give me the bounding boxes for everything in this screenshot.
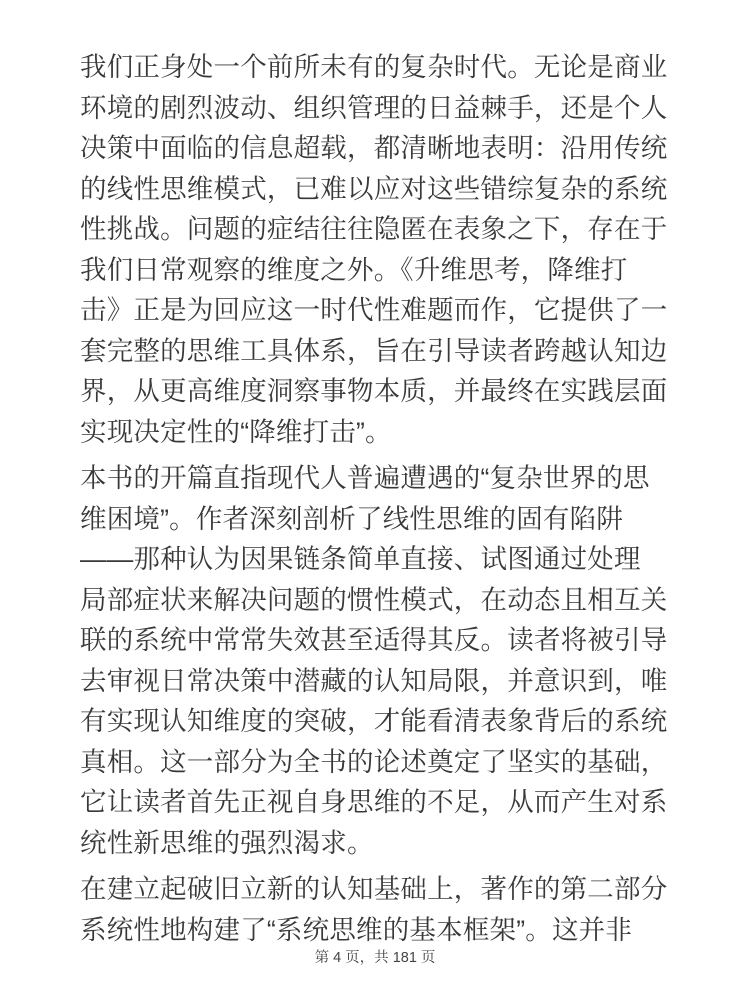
document-page: 我们正身处一个前所未有的复杂时代。无论是商业 环境的剧烈波动、组织管理的日益棘手…: [0, 0, 750, 1000]
page-footer: 第 4 页，共 181 页: [0, 948, 750, 968]
text-line: 我们日常观察的维度之外。《升维思考，降维打: [80, 250, 680, 291]
text-line: 性挑战。问题的症结往往隐匿在表象之下，存在于: [80, 209, 680, 250]
text-line: 实现决定性的“降维打击”。: [80, 412, 680, 453]
text-line: 套完整的思维工具体系，旨在引导读者跨越认知边: [80, 331, 680, 372]
text-line: 环境的剧烈波动、组织管理的日益棘手，还是个人: [80, 88, 680, 129]
document-content: 我们正身处一个前所未有的复杂时代。无论是商业 环境的剧烈波动、组织管理的日益棘手…: [80, 47, 680, 956]
text-line: 维困境”。作者深刻剖析了线性思维的固有陷阱: [80, 499, 680, 540]
text-line: 有实现认知维度的突破，才能看清表象背后的系统: [80, 701, 680, 742]
text-line: 界，从更高维度洞察事物本质，并最终在实践层面: [80, 371, 680, 412]
text-line: 联的系统中常常失效甚至适得其反。读者将被引导: [80, 620, 680, 661]
text-line: 击》正是为回应这一时代性难题而作，它提供了一: [80, 290, 680, 331]
text-line: 本书的开篇直指现代人普遍遭遇的“复杂世界的思: [80, 458, 680, 499]
text-line: 统性新思维的强烈渴求。: [80, 823, 680, 864]
text-line: 我们正身处一个前所未有的复杂时代。无论是商业: [80, 47, 680, 88]
text-line: 去审视日常决策中潜藏的认知局限，并意识到，唯: [80, 661, 680, 702]
paragraph-complex-era: 我们正身处一个前所未有的复杂时代。无论是商业 环境的剧烈波动、组织管理的日益棘手…: [80, 47, 680, 452]
text-line: 在建立起破旧立新的认知基础上，著作的第二部分: [80, 869, 680, 910]
paragraph-system-framework: 在建立起破旧立新的认知基础上，著作的第二部分 系统性地构建了“系统思维的基本框架…: [80, 869, 680, 950]
text-line: 真相。这一部分为全书的论述奠定了坚实的基础，: [80, 742, 680, 783]
paragraph-thinking-dilemma: 本书的开篇直指现代人普遍遭遇的“复杂世界的思 维困境”。作者深刻剖析了线性思维的…: [80, 458, 680, 863]
text-line: 决策中面临的信息超载，都清晰地表明：沿用传统: [80, 128, 680, 169]
text-line: 的线性思维模式，已难以应对这些错综复杂的系统: [80, 169, 680, 210]
text-line: ——那种认为因果链条简单直接、试图通过处理: [80, 539, 680, 580]
text-line: 它让读者首先正视自身思维的不足，从而产生对系: [80, 782, 680, 823]
text-line: 局部症状来解决问题的惯性模式，在动态且相互关: [80, 580, 680, 621]
page-number-label: 第 4 页，共 181 页: [315, 950, 436, 966]
text-line: 系统性地构建了“系统思维的基本框架”。这并非: [80, 910, 680, 951]
